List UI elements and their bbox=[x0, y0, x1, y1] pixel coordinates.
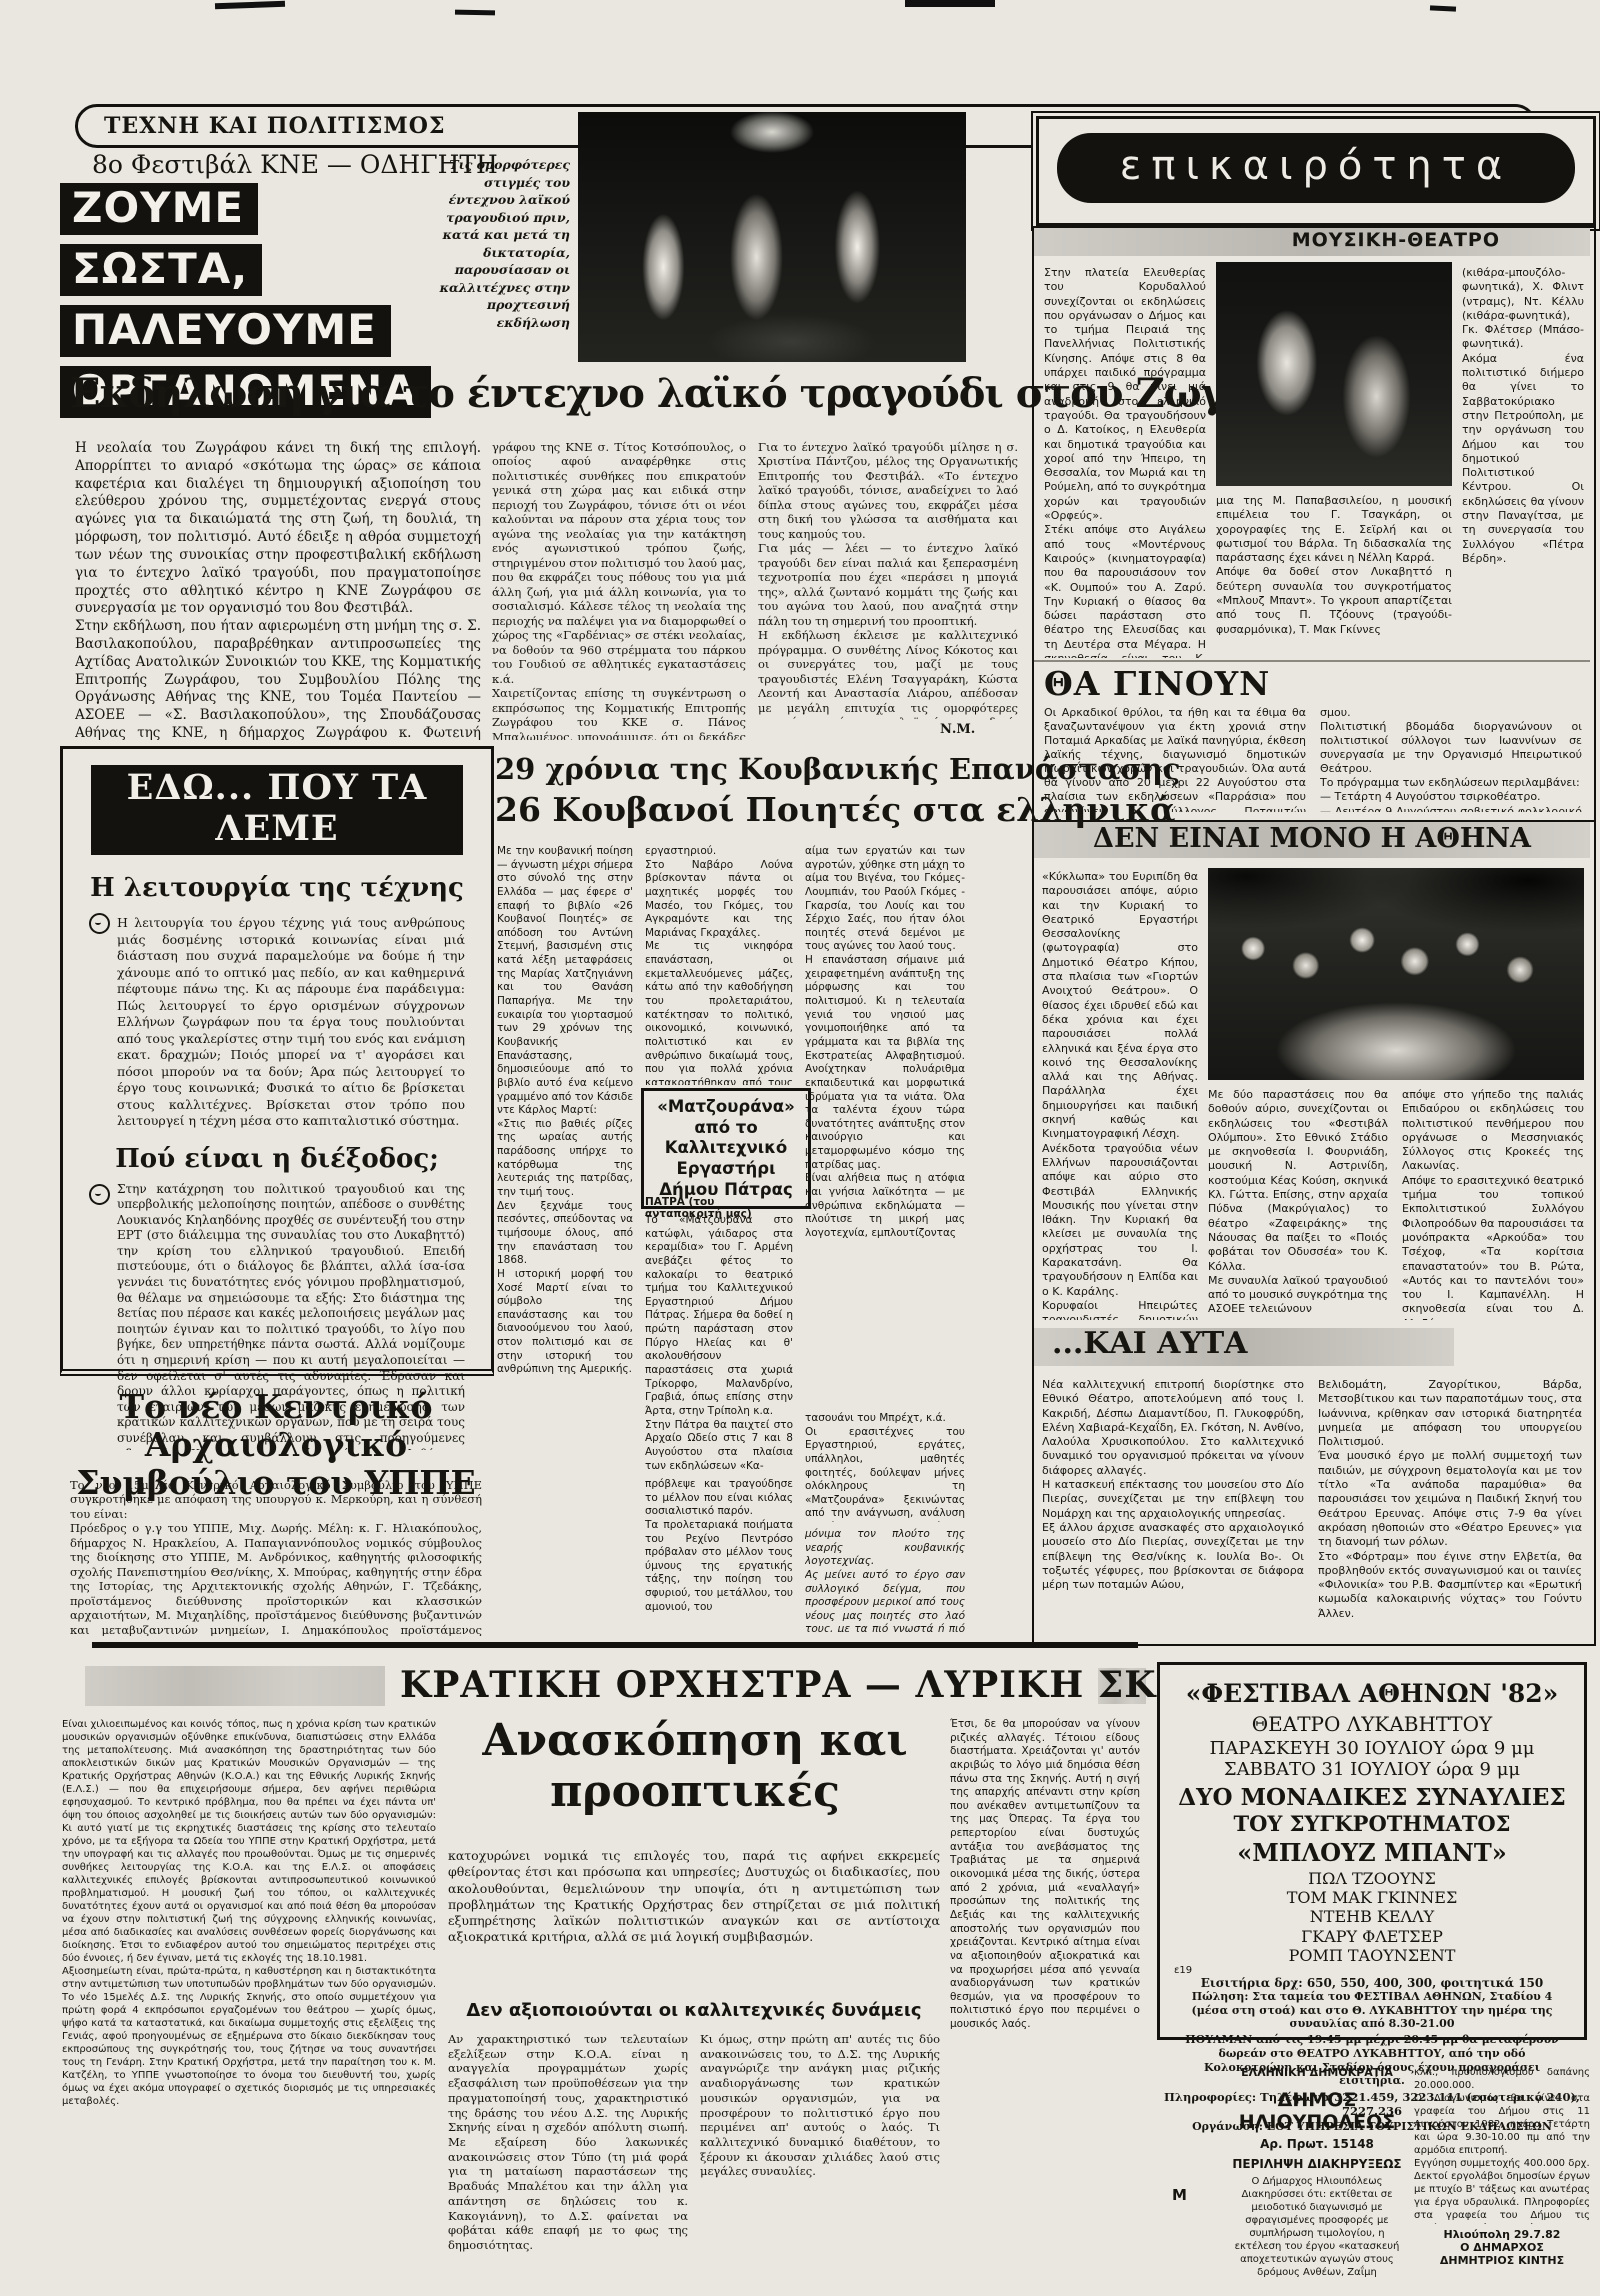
epikairotita-banner: επικαιρότητα bbox=[1057, 133, 1575, 203]
scan-artifact bbox=[455, 10, 495, 16]
edo-banner: ΕΔΩ... ΠΟΥ ΤΑ ΛΕΜΕ bbox=[91, 765, 463, 855]
newspaper-page: ΤΕΧΝΗ ΚΑΙ ΠΟΛΙΤΙΣΜΟΣ ΡΙΖΟΣΠΑΣΤΗΣ ΠΑΡΑΣΚΕ… bbox=[0, 0, 1600, 2296]
municipal-notice-col2: κλπ., προϋπολογισμού δαπάνης 20.000.000.… bbox=[1414, 2066, 1590, 2267]
notice-place-date: Ηλιούπολη 29.7.82 bbox=[1414, 2228, 1590, 2241]
matzourana-text: Το «Ματζουράνα στο κατώφλι, γάιδαρος στα… bbox=[645, 1214, 793, 1470]
scan-artifact bbox=[215, 1, 285, 9]
group-photo bbox=[1208, 868, 1584, 1080]
notice-body: Ο Δήμαρχος Ηλιουπόλεως Διακηρύσσει ότι: … bbox=[1232, 2175, 1402, 2285]
sidebar-column: Στην πλατεία Ελευθερίας του Κορυδαλλού σ… bbox=[1044, 266, 1206, 658]
music-theatre-band: ΜΟΥΣΙΚΗ-ΘΕΑΤΡΟ bbox=[1034, 228, 1590, 256]
feature-title-line: ΣΩΣΤΑ, bbox=[60, 244, 262, 296]
feature-title-line: ΖΟΥΜΕ bbox=[60, 183, 258, 235]
notice-body: κλπ., προϋπολογισμού δαπάνης 20.000.000.… bbox=[1414, 2066, 1590, 2224]
festival-ad-note: ε19 bbox=[1174, 1965, 1584, 1976]
festival-ad: «ΦΕΣΤΙΒΑΛ ΑΘΗΝΩΝ '82» ΘΕΑΤΡΟ ΛΥΚΑΒΗΤΤΟΥ … bbox=[1157, 1662, 1587, 2040]
matzourana-title: «Ματζουράνα» από το Καλλιτεχνικό Εργαστή… bbox=[648, 1097, 804, 1200]
music-theatre-title: ΜΟΥΣΙΚΗ-ΘΕΑΤΡΟ bbox=[1292, 229, 1500, 251]
article-column: Η νεολαία του Ζωγράφου κάνει τη δική της… bbox=[75, 440, 481, 740]
den-einai-column: «Κύκλωπα» του Ευριπίδη θα παρουσιάσει απ… bbox=[1042, 870, 1198, 1320]
kai-afta-column: Βελιδομάτη, Ζαγορίτικου, Βάρδα, Μετσοβίτ… bbox=[1318, 1378, 1582, 1630]
anaskopisi-subhead: Δεν αξιοποιούνται οι καλλιτεχνικές δυνάμ… bbox=[448, 2000, 940, 2021]
anaskopisi-column: Κι όμως, στην πρώτη απ' αυτές τις δύο αν… bbox=[700, 2032, 940, 2288]
photo-caption: Τις ομορφότερες στιγμές του έντεχνου λαϊ… bbox=[438, 156, 570, 331]
festival-ad-member: ΝΤΕΗΒ ΚΕΛΛΥ bbox=[1160, 1907, 1584, 1926]
notice-gov: ΕΛΛΗΝΙΚΗ ΔΗΜΟΚΡΑΤΙΑ bbox=[1232, 2066, 1402, 2079]
feature-title-line: ΠΑΛΕΥΟΥΜΕ bbox=[60, 305, 391, 357]
tha-ginoun-column: σμου. Πολιτιστική βδομάδα διοργανώνουν ο… bbox=[1320, 706, 1582, 812]
festival-ad-member: ΓΚΑΡΥ ΦΛΕΤΣΕΡ bbox=[1160, 1927, 1584, 1946]
den-einai-column: απόψε στο γήπεδο της παλιάς Επιδαύρου οι… bbox=[1402, 1088, 1584, 1320]
epikairotita-banner-box: επικαιρότητα bbox=[1036, 116, 1596, 226]
kratiki-left-column: Είναι χιλιοειπωμένος και κοινός τόπος, π… bbox=[62, 1718, 436, 2290]
municipal-notice-col1: ΕΛΛΗΝΙΚΗ ΔΗΜΟΚΡΑΤΙΑ ΔΗΜΟΣ ΗΛΙΟΥΠΟΛΕΩΣ Αρ… bbox=[1232, 2066, 1402, 2285]
festival-ad-title: «ΦΕΣΤΙΒΑΛ ΑΘΗΝΩΝ '82» bbox=[1160, 1679, 1584, 1708]
anaskopisi-lead: κατοχυρώνει νομικά τις επιλογές του, παρ… bbox=[448, 1848, 940, 1988]
edo-box: ΕΔΩ... ΠΟΥ ΤΑ ΛΕΜΕ Η λειτουργία της τέχν… bbox=[60, 746, 494, 1376]
tha-ginoun-title: ΘΑ ΓΙΝΟΥΝ bbox=[1044, 664, 1270, 703]
article-column: Για το έντεχνο λαϊκό τραγούδι μίλησε η σ… bbox=[758, 440, 1018, 720]
cuba-column: τασουάνι του Μπρέχτ, κ.ά. Οι ερασιτέχνες… bbox=[805, 1412, 965, 1522]
doodle-icon bbox=[89, 1184, 110, 1205]
festival-ad-member: ΤΟΜ ΜΑΚ ΓΚΙΝΝΕΣ bbox=[1160, 1888, 1584, 1907]
notice-subtitle: ΠΕΡΙΛΗΨΗ ΔΙΑΚΗΡΥΞΕΩΣ bbox=[1232, 2157, 1402, 2171]
festival-ad-sales: Πώληση: Στα ταμεία του ΦΕΣΤΙΒΑΛ ΑΘΗΝΩΝ, … bbox=[1160, 1990, 1584, 2031]
anaskopisi-right-column: Έτσι, δε θα μπορούσαν να γίνουν ριζικές … bbox=[950, 1718, 1140, 2178]
festival-ad-tickets: Εισιτήρια δρχ: 650, 550, 400, 300, φοιτη… bbox=[1160, 1976, 1584, 1990]
doodle-icon bbox=[89, 913, 110, 934]
sidebar-column: μια της Μ. Παπαβασιλείου, η μουσική επιμ… bbox=[1216, 494, 1452, 658]
concert-photo bbox=[578, 112, 966, 362]
cuba-column: μόνιμα τον πλούτο της νεαρής κουβανικής … bbox=[805, 1528, 965, 1632]
section-title: ΤΕΧΝΗ ΚΑΙ ΠΟΛΙΤΙΣΜΟΣ bbox=[104, 113, 446, 139]
kai-afta-title: ...ΚΑΙ ΑΥΤΑ bbox=[1034, 1326, 1454, 1361]
scan-artifact bbox=[905, 0, 995, 7]
notice-protocol: Αρ. Πρωτ. 15148 bbox=[1232, 2137, 1402, 2151]
edo-subhead-1: Η λειτουργία της τέχνης bbox=[63, 873, 491, 903]
notice-signature: ΔΗΜΗΤΡΙΟΣ ΚΙΝΤΗΣ bbox=[1414, 2254, 1590, 2267]
cuba-kicker: 29 χρόνια της Κουβανικής Επανάστασης bbox=[495, 752, 1030, 786]
yppe-body: Το νέο 15μελές Κεντρικό Αρχαιολογικό Συμ… bbox=[70, 1478, 482, 1636]
festival-ad-line: ΤΟΥ ΣΥΓΚΡΟΤΗΜΑΤΟΣ bbox=[1160, 1811, 1584, 1836]
cuba-column: εργαστηριού. Στο Ναβάρο Λούνα βρίσκονταν… bbox=[645, 845, 793, 1085]
edo-text-1: Η λειτουργία του έργου τέχνης γιά τους α… bbox=[89, 915, 465, 1130]
feature-kicker: 8ο Φεστιβάλ ΚΝΕ — ΟΔΗΓΗΤΗ bbox=[92, 150, 498, 179]
scan-artifact bbox=[1430, 5, 1456, 11]
cuba-column: αίμα των εργατών και των αγροτών, χύθηκε… bbox=[805, 845, 965, 1405]
kratiki-headline: ΚΡΑΤΙΚΗ ΟΡΧΗΣΤΡΑ — ΛΥΡΙΚΗ ΣΚΗΝΗ: bbox=[400, 1664, 1120, 1706]
main-headline: Εκδήλωση για το έντεχνο λαϊκό τραγούδι σ… bbox=[70, 370, 1030, 417]
anaskopisi-title: Ανασκόπηση και προοπτικές bbox=[450, 1716, 940, 1817]
kai-afta-column: Νέα καλλιτεχνική επιτροπή διορίστηκε στο… bbox=[1042, 1378, 1304, 1630]
anaskopisi-column: Αν χαρακτηριστικό των τελευταίων εξελίξε… bbox=[448, 2032, 688, 2288]
festival-ad-venue: ΘΕΑΤΡΟ ΛΥΚΑΒΗΤΤΟΥ bbox=[1160, 1712, 1584, 1736]
notice-title: ΔΗΜΟΣ ΗΛΙΟΥΠΟΛΕΩΣ bbox=[1232, 2089, 1402, 2133]
festival-ad-date: ΣΑΒΒΑΤΟ 31 ΙΟΥΛΙΟΥ ώρα 9 μμ bbox=[1160, 1759, 1584, 1780]
sidebar-photo bbox=[1216, 262, 1452, 486]
kai-afta-band: ...ΚΑΙ ΑΥΤΑ bbox=[1034, 1328, 1454, 1366]
cuba-column: πρόβλεψε και τραγούδησε το μέλλον που εί… bbox=[645, 1478, 793, 1628]
festival-ad-member: ΡΟΜΠ ΤΑΟΥΝΣΕΝΤ bbox=[1160, 1946, 1584, 1965]
edo-subhead-2: Πού είναι η διέξοδος; bbox=[63, 1144, 491, 1174]
festival-ad-line: ΔΥΟ ΜΟΝΑΔΙΚΕΣ ΣΥΝΑΥΛΙΕΣ bbox=[1160, 1784, 1584, 1811]
matzourana-box: «Ματζουράνα» από το Καλλιτεχνικό Εργαστή… bbox=[641, 1088, 811, 1209]
festival-ad-band: «ΜΠΛΟΥΖ ΜΠΑΝΤ» bbox=[1160, 1838, 1584, 1867]
festival-ad-date: ΠΑΡΑΣΚΕΥΗ 30 ΙΟΥΛΙΟΥ ώρα 9 μμ bbox=[1160, 1738, 1584, 1759]
festival-ad-member: ΠΩΛ ΤΖΟΟΥΝΣ bbox=[1160, 1869, 1584, 1888]
section-rule bbox=[92, 1642, 1138, 1648]
cuba-title: 26 Κουβανοί Ποιητές στα ελληνικά bbox=[495, 790, 1030, 829]
cuba-column: Με την κουβανική ποίηση — άγνωστη μέχρι … bbox=[497, 845, 633, 1545]
article-column: γράφου της ΚΝΕ σ. Τίτος Κοτσόπουλος, ο ο… bbox=[492, 440, 746, 740]
scan-artifact bbox=[85, 1666, 385, 1706]
divider bbox=[1034, 660, 1590, 662]
notice-signature: Ο ΔΗΜΑΡΧΟΣ bbox=[1414, 2241, 1590, 2254]
article-byline: Ν.Μ. bbox=[940, 722, 975, 737]
sidebar-column: (κιθάρα-μπουζόλο-φωνητικά), Χ. Φλιντ (ντ… bbox=[1462, 266, 1584, 658]
anaskopisi-byline: Μ bbox=[1172, 2186, 1187, 2204]
den-einai-column: Με δύο παραστάσεις που θα δοθούν αύριο, … bbox=[1208, 1088, 1388, 1320]
